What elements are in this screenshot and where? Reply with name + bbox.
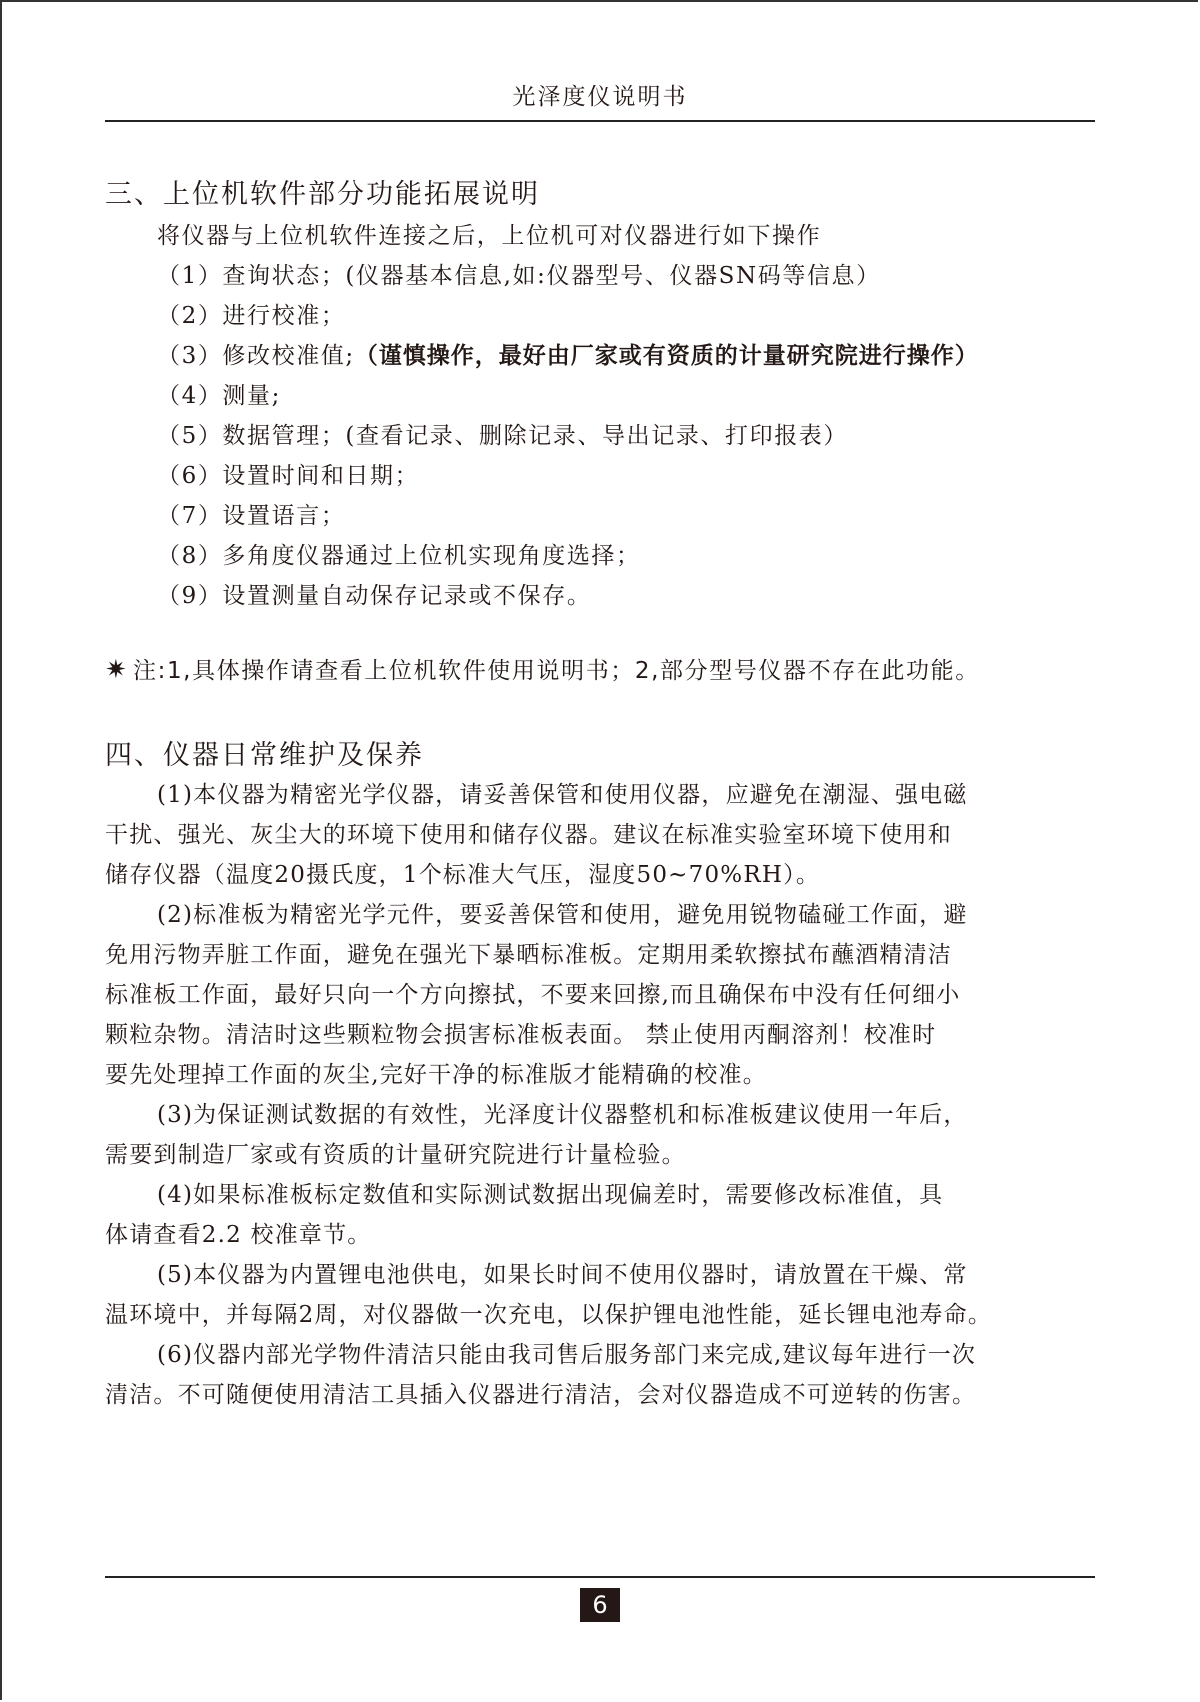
document-header-title: 光泽度仪说明书	[0, 78, 1200, 111]
page-border	[0, 0, 1198, 1700]
list-item-2: （2）进行校准；	[157, 297, 345, 330]
list-item-text: （9）设置测量自动保存记录或不保存。	[157, 583, 591, 609]
list-item-7: （7）设置语言；	[157, 497, 345, 530]
section-3-intro: 将仪器与上位机软件连接之后，上位机可对仪器进行如下操作	[157, 217, 821, 250]
paragraph-line: (1)本仪器为精密光学仪器，请妥善保管和使用仪器，应避免在潮湿、强电磁	[157, 776, 968, 809]
paragraph-line: 标准板工作面，最好只向一个方向擦拭，不要来回擦,而且确保布中没有任何细小	[105, 976, 961, 1009]
paragraph-line: 要先处理掉工作面的灰尘,完好干净的标准版才能精确的校准。	[105, 1056, 767, 1089]
note: ✷注:1,具体操作请查看上位机软件使用说明书；2,部分型号仪器不存在此功能。	[105, 652, 980, 685]
page-number: 6	[580, 1588, 620, 1622]
caution-text: （谨慎操作，最好由厂家或有资质的计量研究院进行操作）	[355, 343, 979, 369]
list-item-5: （5）数据管理；(查看记录、删除记录、导出记录、打印报表）	[157, 417, 848, 450]
paragraph-line: (4)如果标准板标定数值和实际测试数据出现偏差时，需要修改标准值，具	[157, 1176, 943, 1209]
list-item-text: （6）设置时间和日期；	[157, 463, 419, 489]
paragraph-line: (6)仪器内部光学物件清洁只能由我司售后服务部门来完成,建议每年进行一次	[157, 1336, 976, 1369]
list-item-text: （8）多角度仪器通过上位机实现角度选择；	[157, 543, 641, 569]
paragraph-line: 免用污物弄脏工作面，避免在强光下暴晒标准板。定期用柔软擦拭布蘸酒精清洁	[105, 936, 952, 969]
list-item-text: （5）数据管理；(查看记录、删除记录、导出记录、打印报表）	[157, 423, 848, 449]
paragraph-line: (5)本仪器为内置锂电池供电，如果长时间不使用仪器时，请放置在干燥、常	[157, 1256, 968, 1289]
list-item-1: （1）查询状态；(仪器基本信息,如:仪器型号、仪器SN码等信息）	[157, 257, 881, 290]
list-item-text: （4）测量;	[157, 383, 281, 409]
list-item-4: （4）测量;	[157, 377, 281, 410]
list-item-text: （3）修改校准值;	[157, 343, 355, 369]
list-item-text: （2）进行校准；	[157, 303, 345, 329]
list-item-3: （3）修改校准值;（谨慎操作，最好由厂家或有资质的计量研究院进行操作）	[157, 337, 979, 370]
list-item-9: （9）设置测量自动保存记录或不保存。	[157, 577, 591, 610]
list-item-text: （7）设置语言；	[157, 503, 345, 529]
paragraph-line: 清洁。不可随便使用清洁工具插入仪器进行清洁，会对仪器造成不可逆转的伤害。	[105, 1376, 976, 1409]
paragraph-line: 干扰、强光、灰尘大的环境下使用和储存仪器。建议在标准实验室环境下使用和	[105, 816, 952, 849]
paragraph-line: 颗粒杂物。清洁时这些颗粒物会损害标准板表面。 禁止使用丙酮溶剂！校准时	[105, 1016, 936, 1049]
paragraph-line: 储存仪器（温度20摄氏度，1个标准大气压，湿度50~70%RH）。	[105, 856, 820, 889]
list-item-8: （8）多角度仪器通过上位机实现角度选择；	[157, 537, 641, 570]
paragraph-line: 体请查看2.2 校准章节。	[105, 1216, 372, 1249]
header-divider	[105, 120, 1095, 122]
paragraph-line: 需要到制造厂家或有资质的计量研究院进行计量检验。	[105, 1136, 686, 1169]
paragraph-line: 温环境中，并每隔2周，对仪器做一次充电，以保护锂电池性能，延长锂电池寿命。	[105, 1296, 992, 1329]
list-item-text: （1）查询状态；(仪器基本信息,如:仪器型号、仪器SN码等信息）	[157, 263, 881, 289]
note-text: 注:1,具体操作请查看上位机软件使用说明书；2,部分型号仪器不存在此功能。	[133, 658, 980, 684]
section-4-title: 四、仪器日常维护及保养	[105, 733, 424, 772]
section-3-title: 三、上位机软件部分功能拓展说明	[105, 172, 540, 211]
paragraph-line: (2)标准板为精密光学元件，要妥善保管和使用，避免用锐物磕碰工作面，避	[157, 896, 968, 929]
list-item-6: （6）设置时间和日期；	[157, 457, 419, 490]
asterisk-star-icon: ✷	[105, 655, 133, 685]
paragraph-line: (3)为保证测试数据的有效性，光泽度计仪器整机和标准板建议使用一年后，	[157, 1096, 968, 1129]
footer-divider	[105, 1576, 1095, 1578]
